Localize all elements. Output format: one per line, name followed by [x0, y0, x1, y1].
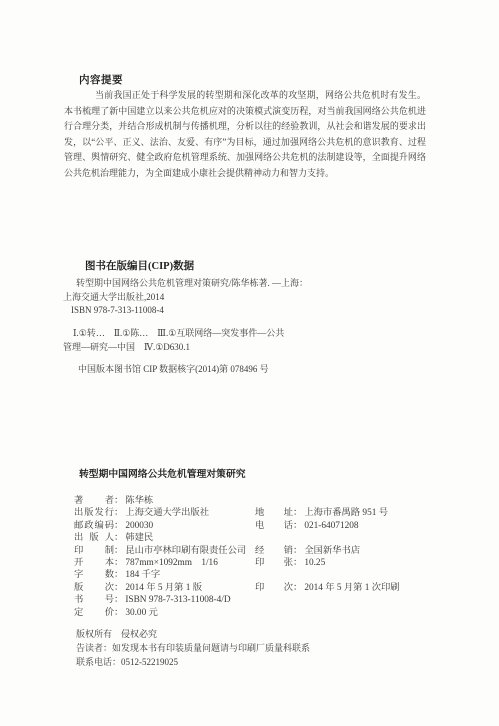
colophon-value: 30.00 元	[123, 607, 158, 619]
colon-separator: ：	[293, 557, 302, 569]
colophon-value: 2014 年 5 月第 1 版	[123, 582, 202, 594]
colophon-label: 印次	[255, 582, 293, 594]
colophon-label: 版次	[74, 582, 114, 594]
colophon-value: 韩建民	[123, 532, 153, 544]
colophon-row-price: 定价：30.00 元	[74, 607, 494, 619]
colophon-value: 021-64071208	[302, 520, 358, 532]
cip-class-line-2: 管理—研究—中国 Ⅳ.①D630.1	[63, 341, 284, 355]
contact-phone-line: 联系电话：0512-52219025	[76, 656, 310, 670]
colophon-value: 10.25	[302, 557, 325, 569]
colon-separator: ：	[114, 582, 123, 594]
colophon-label: 经销	[255, 545, 293, 557]
colophon-value: 184 千字	[123, 569, 160, 581]
colophon-label: 字数	[74, 569, 114, 581]
summary-heading: 内容提要	[79, 72, 123, 87]
colophon-label: 定价	[74, 607, 114, 619]
book-title: 转型期中国网络公共危机管理对策研究	[79, 466, 246, 480]
colophon-label: 邮政编码	[74, 520, 114, 532]
colophon-label: 电话	[255, 520, 293, 532]
colophon-row-publisher: 出版发行：上海交通大学出版社地址：上海市番禺路 951 号	[74, 507, 494, 519]
colon-separator: ：	[114, 520, 123, 532]
colon-separator: ：	[114, 594, 123, 606]
colophon-label: 出版人	[74, 532, 114, 544]
cip-title-line: 转型期中国网络公共危机管理对策研究/陈华栋著. —上海：	[63, 277, 308, 291]
colophon-value: 200030	[123, 520, 153, 532]
colophon-row-edition: 版次：2014 年 5 月第 1 版印次：2014 年 5 月第 1 次印刷	[74, 582, 494, 594]
cip-heading: 图书在版编目(CIP)数据	[85, 258, 194, 273]
cip-class-line-1: Ⅰ.①转… Ⅱ.①陈… Ⅲ.①互联网络—突发事件—公共	[63, 327, 284, 341]
colophon-row-postcode: 邮政编码：200030电话：021-64071208	[74, 520, 494, 532]
colophon-value: 上海交通大学出版社	[123, 507, 209, 519]
colon-separator: ：	[114, 545, 123, 557]
copyright-reserved-line: 版权所有 侵权必究	[76, 628, 310, 642]
colophon-label: 印制	[74, 545, 114, 557]
colon-separator: ：	[293, 507, 302, 519]
colophon-row-printer: 印制：昆山市亭林印刷有限责任公司经销：全国新华书店	[74, 545, 494, 557]
colophon-row-author: 著者：陈华栋	[74, 495, 494, 507]
colon-separator: ：	[114, 569, 123, 581]
colon-separator: ：	[293, 582, 302, 594]
colophon-value: 2014 年 5 月第 1 次印刷	[302, 582, 399, 594]
colon-separator: ：	[293, 520, 302, 532]
colophon-row-format: 开本：787mm×1092mm 1/16印张：10.25	[74, 557, 494, 569]
colophon-value: 全国新华书店	[302, 545, 360, 557]
colon-separator: ：	[293, 545, 302, 557]
colophon-value: 787mm×1092mm 1/16	[123, 557, 218, 569]
colon-separator: ：	[114, 495, 123, 507]
summary-paragraph: 当前我国正处于科学发展的转型期和深化改革的攻坚期，网络公共危机时有发生。本书梳理…	[64, 88, 426, 181]
colophon-value: 陈华栋	[123, 495, 153, 507]
colophon-row-wordcount: 字数：184 千字	[74, 569, 494, 581]
colophon-value: ISBN 978-7-313-11008-4/D	[123, 594, 230, 606]
cip-publisher-line: 上海交通大学出版社,2014	[63, 291, 308, 305]
reader-notice-line: 告读者：如发现本书有印装质量问题请与印刷厂质量科联系	[76, 642, 310, 656]
colophon-label: 地址	[255, 507, 293, 519]
cip-block: 转型期中国网络公共危机管理对策研究/陈华栋著. —上海： 上海交通大学出版社,2…	[63, 277, 308, 318]
cip-classification: Ⅰ.①转… Ⅱ.①陈… Ⅲ.①互联网络—突发事件—公共 管理—研究—中国 Ⅳ.①…	[63, 327, 284, 355]
colon-separator: ：	[114, 532, 123, 544]
colophon-row-publisher-person: 出版人：韩建民	[74, 532, 494, 544]
copyright-page: 内容提要 当前我国正处于科学发展的转型期和深化改革的攻坚期，网络公共危机时有发生…	[0, 0, 499, 726]
colon-separator: ：	[114, 507, 123, 519]
colon-separator: ：	[114, 607, 123, 619]
colophon-label: 印张	[255, 557, 293, 569]
cip-isbn-line: ISBN 978-7-313-11008-4	[63, 304, 308, 318]
colophon: 著者：陈华栋 出版发行：上海交通大学出版社地址：上海市番禺路 951 号 邮政编…	[74, 495, 494, 619]
colophon-row-isbn: 书号：ISBN 978-7-313-11008-4/D	[74, 594, 494, 606]
copyright-notice: 版权所有 侵权必究 告读者：如发现本书有印装质量问题请与印刷厂质量科联系 联系电…	[76, 628, 310, 669]
cip-record-number: 中国版本图书馆 CIP 数据核字(2014)第 078496 号	[78, 362, 269, 375]
colophon-value: 昆山市亭林印刷有限责任公司	[123, 545, 246, 557]
colophon-label: 书号	[74, 594, 114, 606]
colophon-label: 出版发行	[74, 507, 114, 519]
colon-separator: ：	[114, 557, 123, 569]
colophon-label: 著者	[74, 495, 114, 507]
colophon-value: 上海市番禺路 951 号	[302, 507, 388, 519]
colophon-label: 开本	[74, 557, 114, 569]
